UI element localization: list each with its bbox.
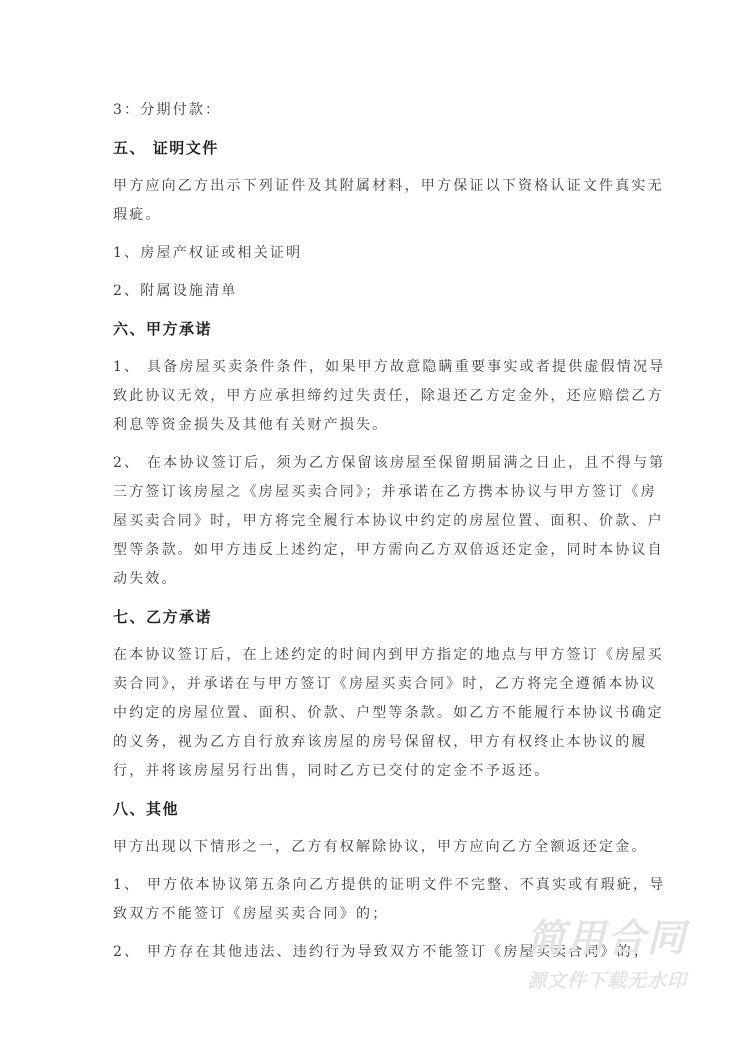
section-6-item-2: 2、 在本协议签订后，须为乙方保留该房屋至保留期届满之日止，且不得与第 三方签订…	[113, 449, 633, 594]
section-5-item-1: 1、房屋产权证或相关证明	[113, 239, 633, 268]
text-line: 的义务，视为乙方自行放弃该房屋的房号保留权，甲方有权终止本协议的履	[113, 728, 633, 757]
section-5-heading: 五、 证明文件	[113, 134, 633, 163]
section-7-heading: 七、乙方承诺	[113, 603, 633, 632]
text-line: 三方签订该房屋之《房屋买卖合同》；并承诺在乙方携本协议与甲方签订《房	[113, 478, 633, 507]
text-line: 屋买卖合同》时，甲方将完全履行本协议中约定的房屋位置、面积、价款、户	[113, 507, 633, 536]
text-line: 瑕疵。	[113, 201, 633, 230]
section-6-item-1: 1、 具备房屋买卖条件条件，如果甲方故意隐瞒重要事实或者提供虚假情况导 致此协议…	[113, 353, 633, 440]
text-line: 动失效。	[113, 565, 633, 594]
installment-payment-line: 3：分期付款：	[113, 96, 633, 125]
text-line: 甲方应向乙方出示下列证件及其附属材料，甲方保证以下资格认证文件真实无	[113, 172, 633, 201]
section-8-heading: 八、其他	[113, 795, 633, 824]
text-line: 行，并将该房屋另行出售，同时乙方已交付的定金不予返还。	[113, 757, 633, 786]
text-line: 2、 在本协议签订后，须为乙方保留该房屋至保留期届满之日止，且不得与第	[113, 449, 633, 478]
document-page: 3：分期付款： 五、 证明文件 甲方应向乙方出示下列证件及其附属材料，甲方保证以…	[0, 0, 742, 1049]
section-8-item-2: 2、 甲方存在其他违法、违约行为导致双方不能签订《房屋买卖合同》的；	[113, 938, 633, 967]
text-line: 中约定的房屋位置、面积、价款、户型等条款。如乙方不能履行本协议书确定	[113, 699, 633, 728]
text-line: 1、 具备房屋买卖条件条件，如果甲方故意隐瞒重要事实或者提供虚假情况导	[113, 353, 633, 382]
section-8-item-1: 1、 甲方依本协议第五条向乙方提供的证明文件不完整、不真实或有瑕疵，导 致双方不…	[113, 871, 633, 929]
section-7-body: 在本协议签订后，在上述约定的时间内到甲方指定的地点与甲方签订《房屋买 卖合同》，…	[113, 641, 633, 786]
text-line: 1、 甲方依本协议第五条向乙方提供的证明文件不完整、不真实或有瑕疵，导	[113, 871, 633, 900]
section-8-intro: 甲方出现以下情形之一，乙方有权解除协议，甲方应向乙方全额返还定金。	[113, 833, 633, 862]
section-6-heading: 六、甲方承诺	[113, 315, 633, 344]
text-line: 致双方不能签订《房屋买卖合同》的；	[113, 900, 633, 929]
section-5-intro: 甲方应向乙方出示下列证件及其附属材料，甲方保证以下资格认证文件真实无 瑕疵。	[113, 172, 633, 230]
text-line: 在本协议签订后，在上述约定的时间内到甲方指定的地点与甲方签订《房屋买	[113, 641, 633, 670]
text-line: 利息等资金损失及其他有关财产损失。	[113, 411, 633, 440]
section-5-item-2: 2、附属设施清单	[113, 277, 633, 306]
text-line: 型等条款。如甲方违反上述约定，甲方需向乙方双倍返还定金，同时本协议自	[113, 536, 633, 565]
text-line: 致此协议无效，甲方应承担缔约过失责任，除退还乙方定金外，还应赔偿乙方	[113, 382, 633, 411]
document-body: 3：分期付款： 五、 证明文件 甲方应向乙方出示下列证件及其附属材料，甲方保证以…	[113, 96, 633, 976]
text-line: 卖合同》，并承诺在与甲方签订《房屋买卖合同》时，乙方将完全遵循本协议	[113, 670, 633, 699]
